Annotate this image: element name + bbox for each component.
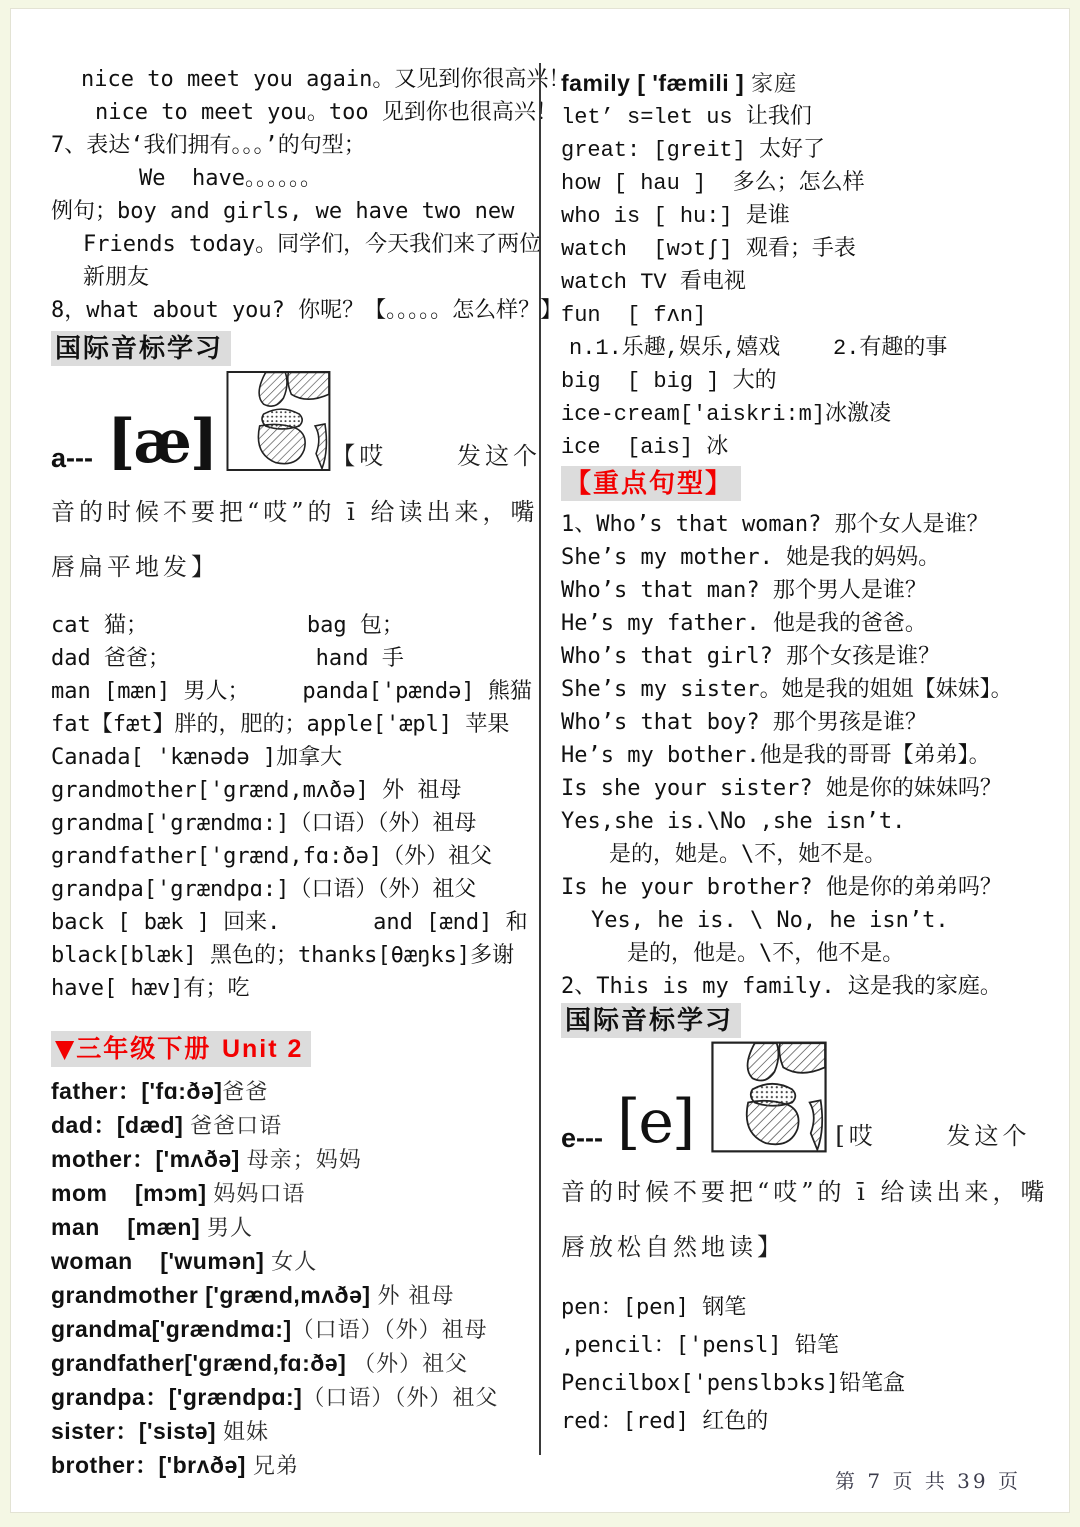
phoneme-symbol: [e] <box>617 1091 693 1153</box>
text-line: sister：['sistə] 姐妹 <box>51 1415 541 1449</box>
text-line: who is [ hu:] 是谁 <box>561 200 1053 233</box>
section-header-row: 国际音标学习 <box>51 331 541 369</box>
text-segment: let’ s=let us 让我们 <box>561 105 812 130</box>
phoneme-block: e---[e] [哎 发这个 <box>561 1041 1053 1153</box>
text-line: man [mæn] 男人 <box>51 1211 541 1245</box>
text-line: 音的时候不要把“哎”的 ī 给读出来，嘴 <box>561 1165 1053 1220</box>
text-segment: 唇放松自然地读】 <box>561 1233 785 1261</box>
text-segment: nice to meet you again。又见到你很高兴！ <box>81 67 570 92</box>
text-segment: dad 爸爸； hand 手 <box>51 646 404 671</box>
section-header-phonetics: 国际音标学习 <box>51 331 231 366</box>
text-segment: 国际音标学习 <box>55 333 223 363</box>
text-segment: ice [ais] 冰 <box>561 435 728 460</box>
text-segment: n.1.乐趣,娱乐,嬉戏 2.有趣的事 <box>569 336 947 361</box>
text-segment: grandmother['grænd,mʌðə] 外 祖母 <box>51 778 461 803</box>
text-segment: 1、Who’s that woman? 那个女人是谁？ <box>561 512 989 537</box>
text-segment: 唇扁平地发】 <box>51 553 219 581</box>
text-line: ice-cream['aiskri:m]冰激凌 <box>561 398 1053 431</box>
text-line: let’ s=let us 让我们 <box>561 101 1053 134</box>
text-line: n.1.乐趣,娱乐,嬉戏 2.有趣的事 <box>561 332 1053 365</box>
text-line: Is she your sister? 她是你的妹妹吗？ <box>561 772 1053 805</box>
text-line: grandfather['grænd,fɑ:ðə] （外）祖父 <box>51 1347 541 1381</box>
text-line: grandmother['grænd,mʌðə] 外 祖母 <box>51 774 541 807</box>
text-segment: grandpa['grændpɑ:]（口语）（外）祖父 <box>51 877 476 902</box>
text-segment: 8，what about you? 你呢？【。。。。。怎么样？】 <box>51 298 562 323</box>
text-segment: Is she your sister? 她是你的妹妹吗？ <box>561 776 1002 801</box>
text-line: Yes,she is.\No ,she isn’t. <box>561 805 1053 838</box>
text-segment: dad：[dæd] <box>51 1112 190 1138</box>
text-line: father：['fɑ:ðə]爸爸 <box>51 1075 541 1109</box>
text-segment: 音的时候不要把“哎”的 ī 给读出来，嘴 <box>51 498 538 526</box>
text-line: Who’s that boy? 那个男孩是谁？ <box>561 706 1053 739</box>
phoneme-letter: a--- <box>51 443 93 473</box>
section-header-unit2: ▼三年级下册 Unit 2 <box>51 1031 311 1067</box>
text-line: how [ hau ] 多么；怎么样 <box>561 167 1053 200</box>
text-segment: Who’s that man? 那个男人是谁？ <box>561 578 927 603</box>
text-segment: Canada[ 'kænədə ]加拿大 <box>51 745 342 770</box>
text-segment: fun [ fʌn] <box>561 303 706 328</box>
text-segment: ice-cream['aiskri:m]冰激凌 <box>561 402 891 427</box>
text-segment: （口语）（外）祖母 <box>292 1318 488 1343</box>
text-line: grandma['grændmɑ:]（口语）（外）祖母 <box>51 807 541 840</box>
text-line: man [mæn] 男人； panda['pændə] 熊猫 <box>51 675 541 708</box>
text-segment: who is [ hu:] 是谁 <box>561 204 790 229</box>
text-segment: Who’s that girl? 那个女孩是谁？ <box>561 644 940 669</box>
text-line: dad 爸爸； hand 手 <box>51 642 541 675</box>
text-segment: have[ hæv]有；吃 <box>51 976 249 1001</box>
text-line: Who’s that girl? 那个女孩是谁？ <box>561 640 1053 673</box>
text-segment: 外 祖母 <box>377 1284 454 1309</box>
text-segment: 爸爸口语 <box>190 1114 282 1139</box>
text-line: watch TV 看电视 <box>561 266 1053 299</box>
text-segment: back [ bæk ] 回来. and [ænd] 和 <box>51 910 528 935</box>
text-segment: Is he your brother? 他是你的弟弟吗？ <box>561 875 1002 900</box>
text-line: 1、Who’s that woman? 那个女人是谁？ <box>561 508 1053 541</box>
text-line: nice to meet you again。又见到你很高兴！ <box>51 63 541 96</box>
text-segment: 姐妹 <box>223 1420 269 1445</box>
text-line: fat【fæt】胖的，肥的；apple['æpl] 苹果 <box>51 708 541 741</box>
text-segment: Yes,she is.\No ,she isn’t. <box>561 809 905 834</box>
text-segment: 兄弟 <box>253 1454 299 1479</box>
text-segment: watch [wɔtʃ] 观看；手表 <box>561 237 856 262</box>
mouth-articulation-diagram <box>226 369 331 473</box>
text-line: 唇放松自然地读】 <box>561 1220 1053 1275</box>
text-line: red：[red] 红色的 <box>561 1403 1053 1441</box>
text-segment: grandpa：['grændpɑ:] <box>51 1384 302 1410</box>
text-line: great: [greit] 太好了 <box>561 134 1053 167</box>
text-line: big [ big ] 大的 <box>561 365 1053 398</box>
text-line: brother：['brʌðə] 兄弟 <box>51 1449 541 1483</box>
section-header-row: 【重点句型】 <box>561 466 1053 504</box>
page-number: 第 7 页 共 39 页 <box>835 1465 1021 1494</box>
text-segment: 新朋友 <box>83 265 149 290</box>
text-line: We have。。。。。。 <box>51 162 541 195</box>
text-segment: 是的，她是。\不，她不是。 <box>609 842 886 867</box>
text-segment: 家庭 <box>751 72 797 97</box>
text-segment: 母亲；妈妈 <box>247 1148 362 1173</box>
phoneme-note: [哎 发这个 <box>835 1116 1030 1151</box>
section-header-phonetics: 国际音标学习 <box>561 1003 741 1038</box>
column-divider <box>539 63 541 1455</box>
text-segment: 妈妈口语 <box>213 1182 305 1207</box>
text-line: have[ hæv]有；吃 <box>51 972 541 1005</box>
text-segment: mother：['mʌðə] <box>51 1146 247 1172</box>
text-segment: 是的，他是。\不，他不是。 <box>627 941 904 966</box>
text-segment: how [ hau ] 多么；怎么样 <box>561 171 865 196</box>
text-segment: She’s my sister。她是我的姐姐【妹妹】。 <box>561 677 1013 702</box>
section-header-key-sentences: 【重点句型】 <box>561 466 741 501</box>
text-segment: We have。。。。。。 <box>139 166 322 191</box>
text-line: mother：['mʌðə] 母亲；妈妈 <box>51 1143 541 1177</box>
text-segment: 7、表达‘我们拥有。。。’的句型； <box>51 133 366 158</box>
text-segment: woman ['wumən] <box>51 1248 271 1274</box>
text-segment: grandma['grændmɑ:] <box>51 1316 292 1342</box>
text-segment: Yes, he is. \ No, he isn’t. <box>591 908 949 933</box>
mouth-articulation-diagram <box>703 1041 835 1153</box>
text-line: ice [ais] 冰 <box>561 431 1053 464</box>
section-header-row: 国际音标学习 <box>561 1003 1053 1041</box>
text-segment: 例句；boy and girls, we have two new <box>51 199 514 224</box>
text-line: grandpa['grændpɑ:]（口语）（外）祖父 <box>51 873 541 906</box>
phoneme-letter: e--- <box>561 1123 603 1153</box>
scanned-study-notes-page: { "doc": { "kind": "english-study-notes"… <box>0 0 1080 1527</box>
text-line: grandpa：['grændpɑ:]（口语）（外）祖父 <box>51 1381 541 1415</box>
text-segment: （口语）（外）祖父 <box>302 1386 498 1411</box>
text-segment: brother：['brʌðə] <box>51 1452 253 1478</box>
text-line: watch [wɔtʃ] 观看；手表 <box>561 233 1053 266</box>
text-segment: grandfather['grænd,fɑ:ðə]（外）祖父 <box>51 844 492 869</box>
text-segment: grandfather['grænd,fɑ:ðə] <box>51 1350 353 1376</box>
text-line: ,pencil：['pensl] 铅笔 <box>561 1327 1053 1365</box>
text-segment: Who’s that boy? 那个男孩是谁？ <box>561 710 927 735</box>
text-segment: father：['fɑ:ðə] <box>51 1078 222 1104</box>
text-segment: 国际音标学习 <box>565 1005 733 1035</box>
text-segment: 爸爸 <box>222 1080 268 1105</box>
text-segment: 2、This is my family. 这是我的家庭。 <box>561 974 1002 999</box>
text-line: family [ 'fæmili ] 家庭 <box>561 67 1053 101</box>
text-line: 新朋友 <box>51 261 541 294</box>
text-line: grandfather['grænd,fɑ:ðə]（外）祖父 <box>51 840 541 873</box>
text-segment: pen：[pen] 钢笔 <box>561 1295 746 1320</box>
text-line: 例句；boy and girls, we have two new <box>51 195 541 228</box>
right-column: family [ 'fæmili ] 家庭let’ s=let us 让我们gr… <box>561 63 1053 1441</box>
text-line: cat 猫； bag 包； <box>51 609 541 642</box>
text-line: She’s my mother. 她是我的妈妈。 <box>561 541 1053 574</box>
text-segment: cat 猫； bag 包； <box>51 613 404 638</box>
text-segment: red：[red] 红色的 <box>561 1409 768 1434</box>
text-segment: big [ big ] 大的 <box>561 369 777 394</box>
text-segment: ,pencil：['pensl] 铅笔 <box>561 1333 839 1358</box>
text-segment: Friends today。同学们，今天我们来了两位 <box>83 232 541 257</box>
text-segment: great: [greit] 太好了 <box>561 138 825 163</box>
section-header-row: ▼三年级下册 Unit 2 <box>51 1031 541 1069</box>
text-line: He’s my father. 他是我的爸爸。 <box>561 607 1053 640</box>
text-line: Who’s that man? 那个男人是谁？ <box>561 574 1053 607</box>
text-segment: black[blæk] 黑色的；thanks[θæŋks]多谢 <box>51 943 514 968</box>
text-segment: She’s my mother. 她是我的妈妈。 <box>561 545 940 570</box>
text-line: black[blæk] 黑色的；thanks[θæŋks]多谢 <box>51 939 541 972</box>
text-line: Friends today。同学们，今天我们来了两位 <box>51 228 541 261</box>
text-segment: （外）祖父 <box>353 1352 468 1377</box>
text-line: woman ['wumən] 女人 <box>51 1245 541 1279</box>
text-segment: grandmother ['grænd,mʌðə] <box>51 1282 377 1308</box>
text-line: Is he your brother? 他是你的弟弟吗？ <box>561 871 1053 904</box>
document-page: nice to meet you again。又见到你很高兴！nice to m… <box>10 8 1070 1513</box>
text-line: nice to meet you。too 见到你也很高兴！ <box>51 96 541 129</box>
text-segment: grandma['grændmɑ:]（口语）（外）祖母 <box>51 811 476 836</box>
text-line: dad：[dæd] 爸爸口语 <box>51 1109 541 1143</box>
text-line: pen：[pen] 钢笔 <box>561 1289 1053 1327</box>
text-segment: watch TV 看电视 <box>561 270 746 295</box>
text-segment: sister：['sistə] <box>51 1418 223 1444</box>
text-segment: Unit 2 <box>222 1035 303 1063</box>
text-line: 7、表达‘我们拥有。。。’的句型； <box>51 129 541 162</box>
text-segment: 女人 <box>271 1250 317 1275</box>
text-segment: mom [mɔm] <box>51 1180 213 1206</box>
text-line: 是的，她是。\不，她不是。 <box>561 838 1053 871</box>
text-line: He’s my bother.他是我的哥哥【弟弟】。 <box>561 739 1053 772</box>
text-line: Canada[ 'kænədə ]加拿大 <box>51 741 541 774</box>
phoneme-symbol: [æ] <box>107 411 216 473</box>
text-segment: nice to meet you。too 见到你也很高兴！ <box>95 100 558 125</box>
text-segment: He’s my father. 他是我的爸爸。 <box>561 611 927 636</box>
text-segment: man [mæn] <box>51 1214 207 1240</box>
phoneme-note: 【哎 发这个 <box>331 436 541 471</box>
text-line: 是的，他是。\不，他不是。 <box>561 937 1053 970</box>
text-segment: Pencilbox['penslbɔks]铅笔盒 <box>561 1371 905 1396</box>
text-line: Yes, he is. \ No, he isn’t. <box>561 904 1053 937</box>
text-line: fun [ fʌn] <box>561 299 1053 332</box>
text-line: back [ bæk ] 回来. and [ænd] 和 <box>51 906 541 939</box>
text-segment: 男人 <box>207 1216 253 1241</box>
text-segment: fat【fæt】胖的，肥的；apple['æpl] 苹果 <box>51 712 509 737</box>
text-segment: family [ 'fæmili ] <box>561 70 751 96</box>
text-line: grandmother ['grænd,mʌðə] 外 祖母 <box>51 1279 541 1313</box>
text-segment: man [mæn] 男人； panda['pændə] 熊猫 <box>51 679 532 704</box>
text-line: 音的时候不要把“哎”的 ī 给读出来，嘴 <box>51 485 541 540</box>
text-line: 8，what about you? 你呢？【。。。。。怎么样？】 <box>51 294 541 327</box>
text-line: mom [mɔm] 妈妈口语 <box>51 1177 541 1211</box>
text-line: Pencilbox['penslbɔks]铅笔盒 <box>561 1365 1053 1403</box>
text-segment: 【重点句型】 <box>565 468 733 498</box>
text-line: 2、This is my family. 这是我的家庭。 <box>561 970 1053 1003</box>
text-line: 唇扁平地发】 <box>51 540 541 595</box>
text-segment: He’s my bother.他是我的哥哥【弟弟】。 <box>561 743 991 768</box>
text-line: She’s my sister。她是我的姐姐【妹妹】。 <box>561 673 1053 706</box>
left-column: nice to meet you again。又见到你很高兴！nice to m… <box>51 63 541 1483</box>
text-segment: ▼三年级下册 <box>55 1034 222 1063</box>
phoneme-block: a---[æ] 【哎 发这个 <box>51 369 541 473</box>
text-segment: 音的时候不要把“哎”的 ī 给读出来，嘴 <box>561 1178 1048 1206</box>
text-line: grandma['grændmɑ:]（口语）（外）祖母 <box>51 1313 541 1347</box>
